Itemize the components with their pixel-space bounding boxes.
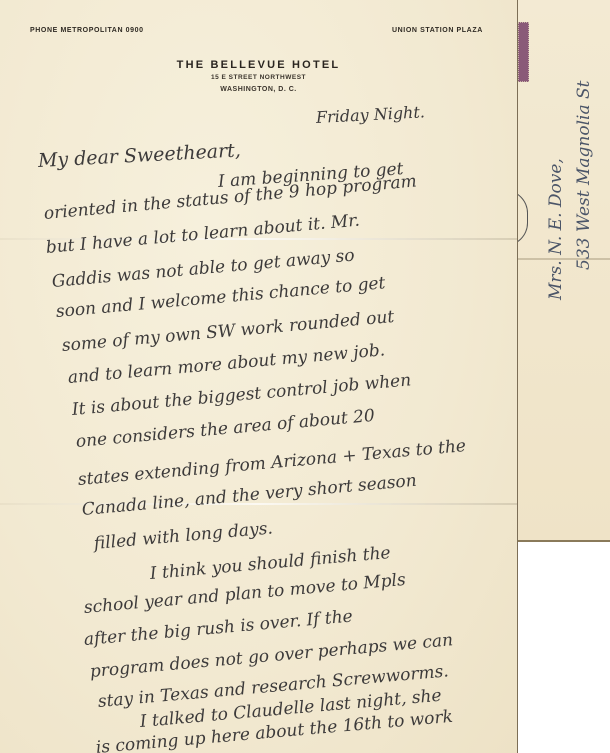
letter-sheet: PHONE METROPOLITAN 0900 UNION STATION PL…: [0, 0, 517, 753]
letterhead-location: UNION STATION PLAZA: [392, 27, 483, 34]
envelope-street: 533 West Magnolia St: [574, 81, 594, 270]
envelope-address: Mrs. N. E. Dove, 533 West Magnolia St: [540, 40, 600, 320]
dateline: Friday Night.: [316, 102, 426, 127]
letter-line: filled with long days.: [93, 518, 273, 554]
letterhead-hotel-name: THE BELLEVUE HOTEL: [0, 59, 517, 71]
letter-line: school year and plan to move to Mpls: [83, 570, 406, 618]
letterhead-city: WASHINGTON, D. C.: [0, 86, 517, 93]
envelope-addressee: Mrs. N. E. Dove,: [546, 158, 566, 300]
postage-stamp: [518, 22, 529, 82]
letterhead-street: 15 E STREET NORTHWEST: [0, 74, 517, 81]
letterhead-phone: PHONE METROPOLITAN 0900: [30, 27, 144, 34]
salutation: My dear Sweetheart,: [37, 139, 241, 172]
